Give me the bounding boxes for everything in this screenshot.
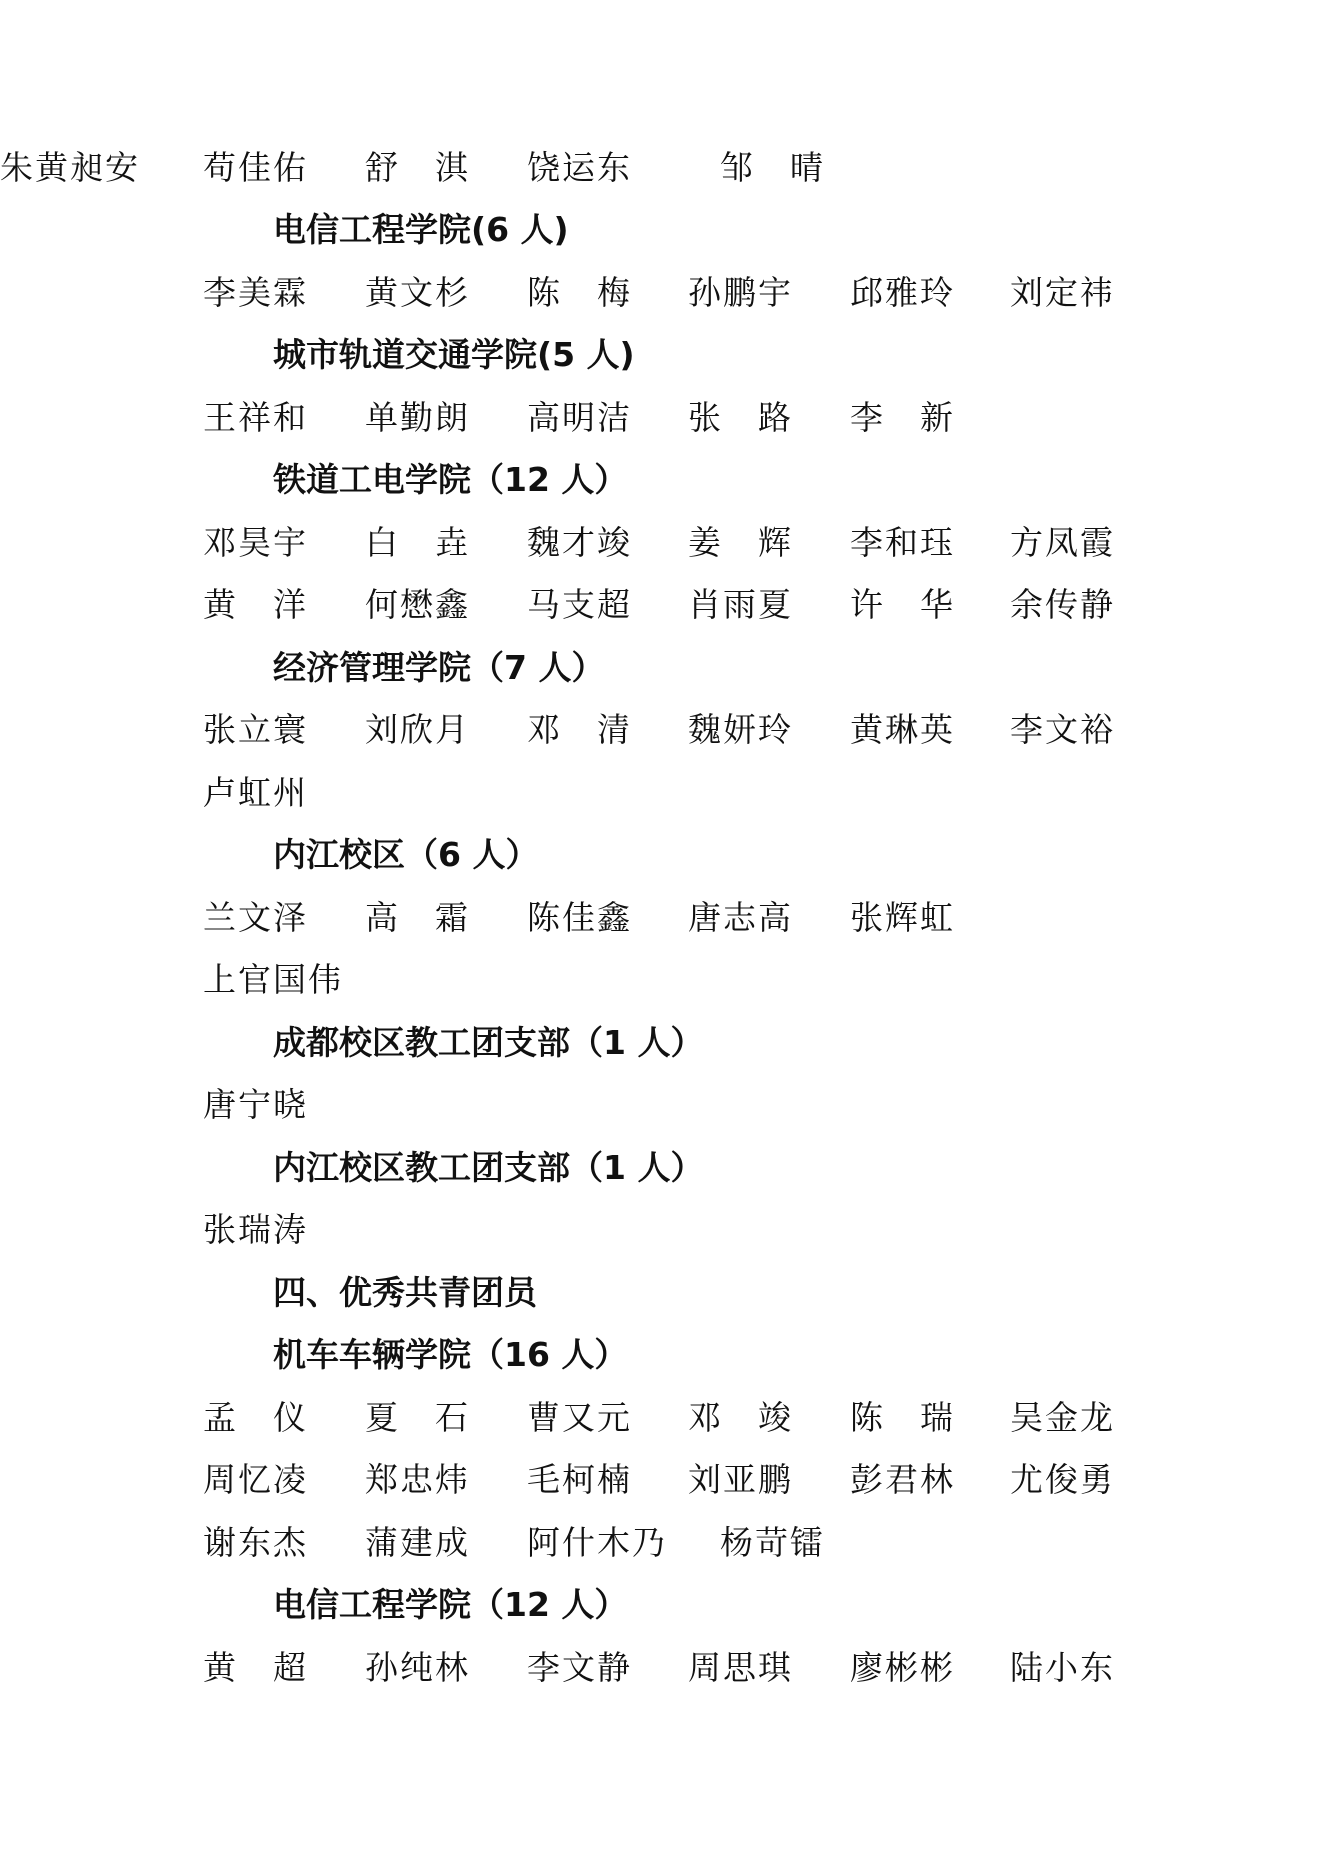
section-heading: 经济管理学院（7 人）: [273, 637, 604, 699]
section-heading-line: 电信工程学院(6 人): [0, 199, 1323, 261]
member-name: 魏才竣: [527, 512, 632, 574]
member-name: 饶运东: [527, 137, 632, 199]
section-heading-line: 内江校区（6 人）: [0, 824, 1323, 886]
member-name: 余传静: [1010, 574, 1115, 636]
name-row: 李美霖黄文杉陈 梅孙鹏宇邱雅玲刘定祎: [0, 262, 1323, 324]
member-name: 肖雨夏: [688, 574, 793, 636]
member-name: 陈 瑞: [850, 1387, 955, 1449]
member-name: 卢虹州: [203, 762, 308, 824]
section-heading: 铁道工电学院（12 人）: [273, 449, 627, 511]
member-name: 杨苛镭: [720, 1512, 825, 1574]
section-heading: 内江校区教工团支部（1 人）: [273, 1137, 703, 1199]
member-name: 廖彬彬: [850, 1637, 955, 1699]
member-name: 李 新: [850, 387, 955, 449]
member-name: 尤俊勇: [1010, 1449, 1115, 1511]
name-row: 唐宁晓: [0, 1074, 1323, 1136]
member-name: 舒 淇: [365, 137, 470, 199]
member-name: 蒲建成: [365, 1512, 470, 1574]
section-heading: 机车车辆学院（16 人）: [273, 1324, 627, 1386]
member-name: 方凤霞: [1010, 512, 1115, 574]
section-heading: 城市轨道交通学院(5 人): [273, 324, 635, 386]
section-heading: 电信工程学院(6 人): [273, 199, 569, 261]
member-name: 黄 洋: [203, 574, 308, 636]
member-name: 刘亚鹏: [688, 1449, 793, 1511]
member-name: 张 路: [688, 387, 793, 449]
member-name: 马支超: [527, 574, 632, 636]
name-row: 卢虹州: [0, 762, 1323, 824]
member-name: 吴金龙: [1010, 1387, 1115, 1449]
member-name: 李文静: [527, 1637, 632, 1699]
member-name: 高 霜: [365, 887, 470, 949]
section-heading: 四、优秀共青团员: [273, 1262, 537, 1324]
section-heading-line: 电信工程学院（12 人）: [0, 1574, 1323, 1636]
name-row: 邓昊宇白 垚魏才竣姜 辉李和珏方凤霞: [0, 512, 1323, 574]
member-name: 邓 竣: [688, 1387, 793, 1449]
member-name: 姜 辉: [688, 512, 793, 574]
name-row: 黄 超孙纯林李文静周思琪廖彬彬陆小东: [0, 1637, 1323, 1699]
member-name: 张瑞涛: [203, 1199, 308, 1261]
name-row: 周忆凌郑忠炜毛柯楠刘亚鹏彭君林尤俊勇: [0, 1449, 1323, 1511]
member-name: 刘欣月: [365, 699, 470, 761]
member-name: 单勤朗: [365, 387, 470, 449]
member-name: 唐志高: [688, 887, 793, 949]
member-name: 阿什木乃: [527, 1512, 667, 1574]
member-name: 上官国伟: [203, 949, 343, 1011]
member-name: 黄 超: [203, 1637, 308, 1699]
member-name: 王祥和: [203, 387, 308, 449]
member-name: 苟佳佑: [203, 137, 308, 199]
section-heading-line: 四、优秀共青团员: [0, 1262, 1323, 1324]
name-row: 张立寰刘欣月邓 清魏妍玲黄琳英李文裕: [0, 699, 1323, 761]
member-name: 郑忠炜: [365, 1449, 470, 1511]
member-name: 白 垚: [365, 512, 470, 574]
section-heading: 内江校区（6 人）: [273, 824, 538, 886]
section-heading-line: 铁道工电学院（12 人）: [0, 449, 1323, 511]
name-row: 兰文泽高 霜陈佳鑫唐志高张辉虹: [0, 887, 1323, 949]
name-row: 谢东杰蒲建成阿什木乃杨苛镭: [0, 1512, 1323, 1574]
section-heading: 成都校区教工团支部（1 人）: [273, 1012, 703, 1074]
member-name: 孙纯林: [365, 1637, 470, 1699]
member-name: 兰文泽: [203, 887, 308, 949]
name-row: 上官国伟: [0, 949, 1323, 1011]
member-name: 邓 清: [527, 699, 632, 761]
name-row: 张瑞涛: [0, 1199, 1323, 1261]
member-name: 孟 仪: [203, 1387, 308, 1449]
member-name: 彭君林: [850, 1449, 955, 1511]
document-page: 苟佳佑舒 淇饶运东邹 晴朱黄昶安电信工程学院(6 人)李美霖黄文杉陈 梅孙鹏宇邱…: [0, 0, 1323, 1871]
member-name: 邹 晴: [720, 137, 825, 199]
member-name: 李美霖: [203, 262, 308, 324]
section-heading-line: 经济管理学院（7 人）: [0, 637, 1323, 699]
member-name: 黄琳英: [850, 699, 955, 761]
member-name: 许 华: [850, 574, 955, 636]
section-heading-line: 机车车辆学院（16 人）: [0, 1324, 1323, 1386]
member-name: 张辉虹: [850, 887, 955, 949]
member-name: 邱雅玲: [850, 262, 955, 324]
member-name: 唐宁晓: [203, 1074, 308, 1136]
member-name: 谢东杰: [203, 1512, 308, 1574]
member-name: 李文裕: [1010, 699, 1115, 761]
member-name: 刘定祎: [1010, 262, 1115, 324]
member-name: 曹又元: [527, 1387, 632, 1449]
name-row: 孟 仪夏 石曹又元邓 竣陈 瑞吴金龙: [0, 1387, 1323, 1449]
member-name: 朱黄昶安: [0, 137, 140, 199]
name-row: 黄 洋何懋鑫马支超肖雨夏许 华余传静: [0, 574, 1323, 636]
section-heading-line: 成都校区教工团支部（1 人）: [0, 1012, 1323, 1074]
member-name: 魏妍玲: [688, 699, 793, 761]
member-name: 李和珏: [850, 512, 955, 574]
member-name: 陈 梅: [527, 262, 632, 324]
section-heading-line: 城市轨道交通学院(5 人): [0, 324, 1323, 386]
member-name: 张立寰: [203, 699, 308, 761]
member-name: 周思琪: [688, 1637, 793, 1699]
name-row: 王祥和单勤朗高明洁张 路李 新: [0, 387, 1323, 449]
member-name: 毛柯楠: [527, 1449, 632, 1511]
member-name: 邓昊宇: [203, 512, 308, 574]
member-name: 高明洁: [527, 387, 632, 449]
section-heading-line: 内江校区教工团支部（1 人）: [0, 1137, 1323, 1199]
section-heading: 电信工程学院（12 人）: [273, 1574, 627, 1636]
member-name: 何懋鑫: [365, 574, 470, 636]
name-row: 苟佳佑舒 淇饶运东邹 晴朱黄昶安: [0, 137, 1323, 199]
member-name: 陈佳鑫: [527, 887, 632, 949]
member-name: 夏 石: [365, 1387, 470, 1449]
member-name: 陆小东: [1010, 1637, 1115, 1699]
member-name: 周忆凌: [203, 1449, 308, 1511]
member-name: 黄文杉: [365, 262, 470, 324]
member-name: 孙鹏宇: [688, 262, 793, 324]
